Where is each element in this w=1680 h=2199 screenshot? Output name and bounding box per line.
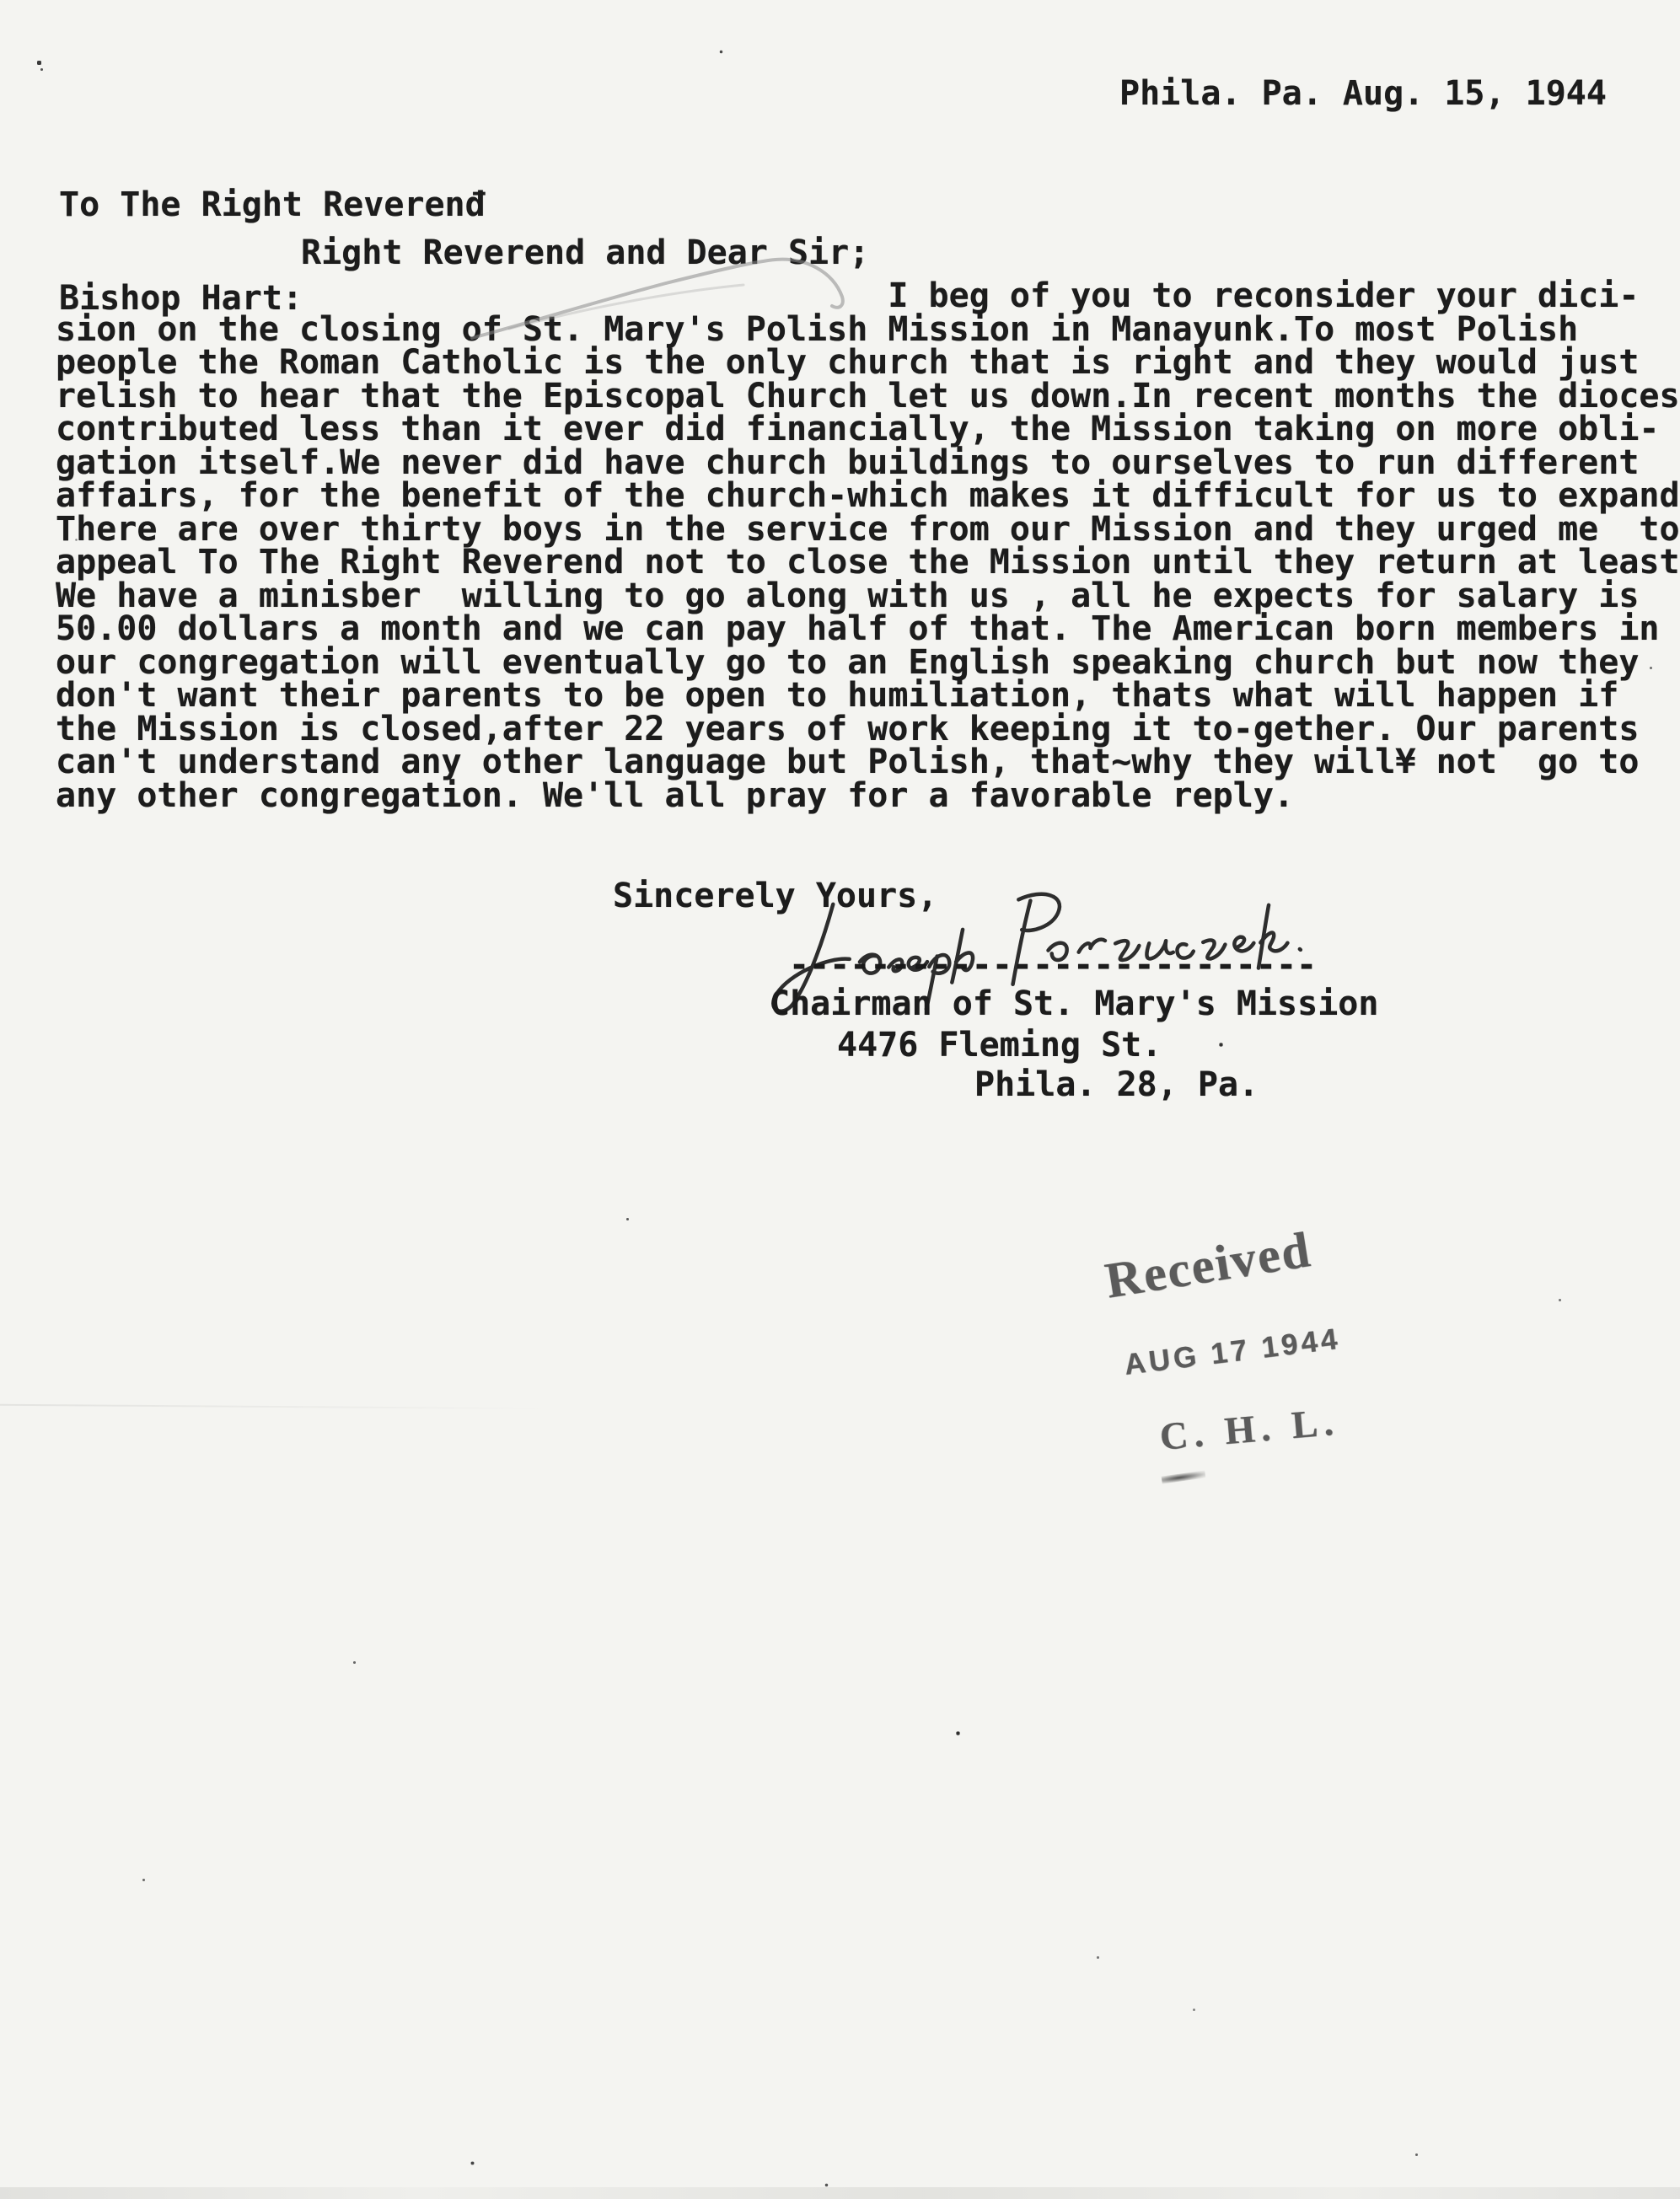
- body-line: sion on the closing of St. Mary's Polish…: [56, 314, 1680, 347]
- signer-address-city: Phila. 28, Pa.: [974, 1069, 1259, 1102]
- body-line: We have a minisber willing to go along w…: [56, 580, 1680, 614]
- signer-address-street: 4476 Fleming St.: [837, 1029, 1162, 1063]
- body-line: our congregation will eventually go to a…: [56, 646, 1680, 680]
- date-line: Phila. Pa. Aug. 15, 1944: [1119, 78, 1607, 111]
- paper-specks: [0, 0, 1, 1]
- body-line: appeal To The Right Reverend not to clos…: [56, 546, 1680, 580]
- signer-title: Chairman of St. Mary's Mission: [770, 988, 1378, 1022]
- received-stamp-date: AUG 17 1944: [1123, 1322, 1343, 1382]
- body-line: 50.00 dollars a month and we can pay hal…: [56, 613, 1680, 646]
- body-line: relish to hear that the Episcopal Church…: [56, 380, 1680, 414]
- body-line: people the Roman Catholic is the only ch…: [56, 346, 1680, 380]
- scan-bottom-edge: [0, 2187, 1680, 2199]
- body-line: gation itself.We never did have church b…: [56, 447, 1680, 480]
- letter-page: Phila. Pa. Aug. 15, 1944 To The Right Re…: [0, 0, 1680, 2199]
- salutation: Right Reverend and Dear Sir;: [301, 237, 869, 271]
- body-line: There are over thirty boys in the servic…: [56, 513, 1680, 547]
- stamp-ink-smudge: [1162, 1470, 1206, 1483]
- paper-crease: [0, 1404, 556, 1410]
- received-stamp-initials: C. H. L.: [1158, 1399, 1341, 1459]
- letter-body: I beg of you to reconsider your dici-sio…: [56, 280, 1680, 813]
- body-line: don't want their parents to be open to h…: [56, 679, 1680, 713]
- body-line: any other congregation. We'll all pray f…: [56, 780, 1680, 813]
- received-stamp-word: Received: [1102, 1220, 1316, 1311]
- recipient-line: To The Right Reverenđ: [59, 190, 486, 221]
- body-line: can't understand any other language but …: [56, 746, 1680, 780]
- body-line: contributed less than it ever did financ…: [56, 413, 1680, 447]
- body-line: affairs, for the benefit of the church-w…: [56, 480, 1680, 513]
- body-line: I beg of you to reconsider your dici-: [56, 280, 1680, 314]
- body-line: the Mission is closed,after 22 years of …: [56, 713, 1680, 747]
